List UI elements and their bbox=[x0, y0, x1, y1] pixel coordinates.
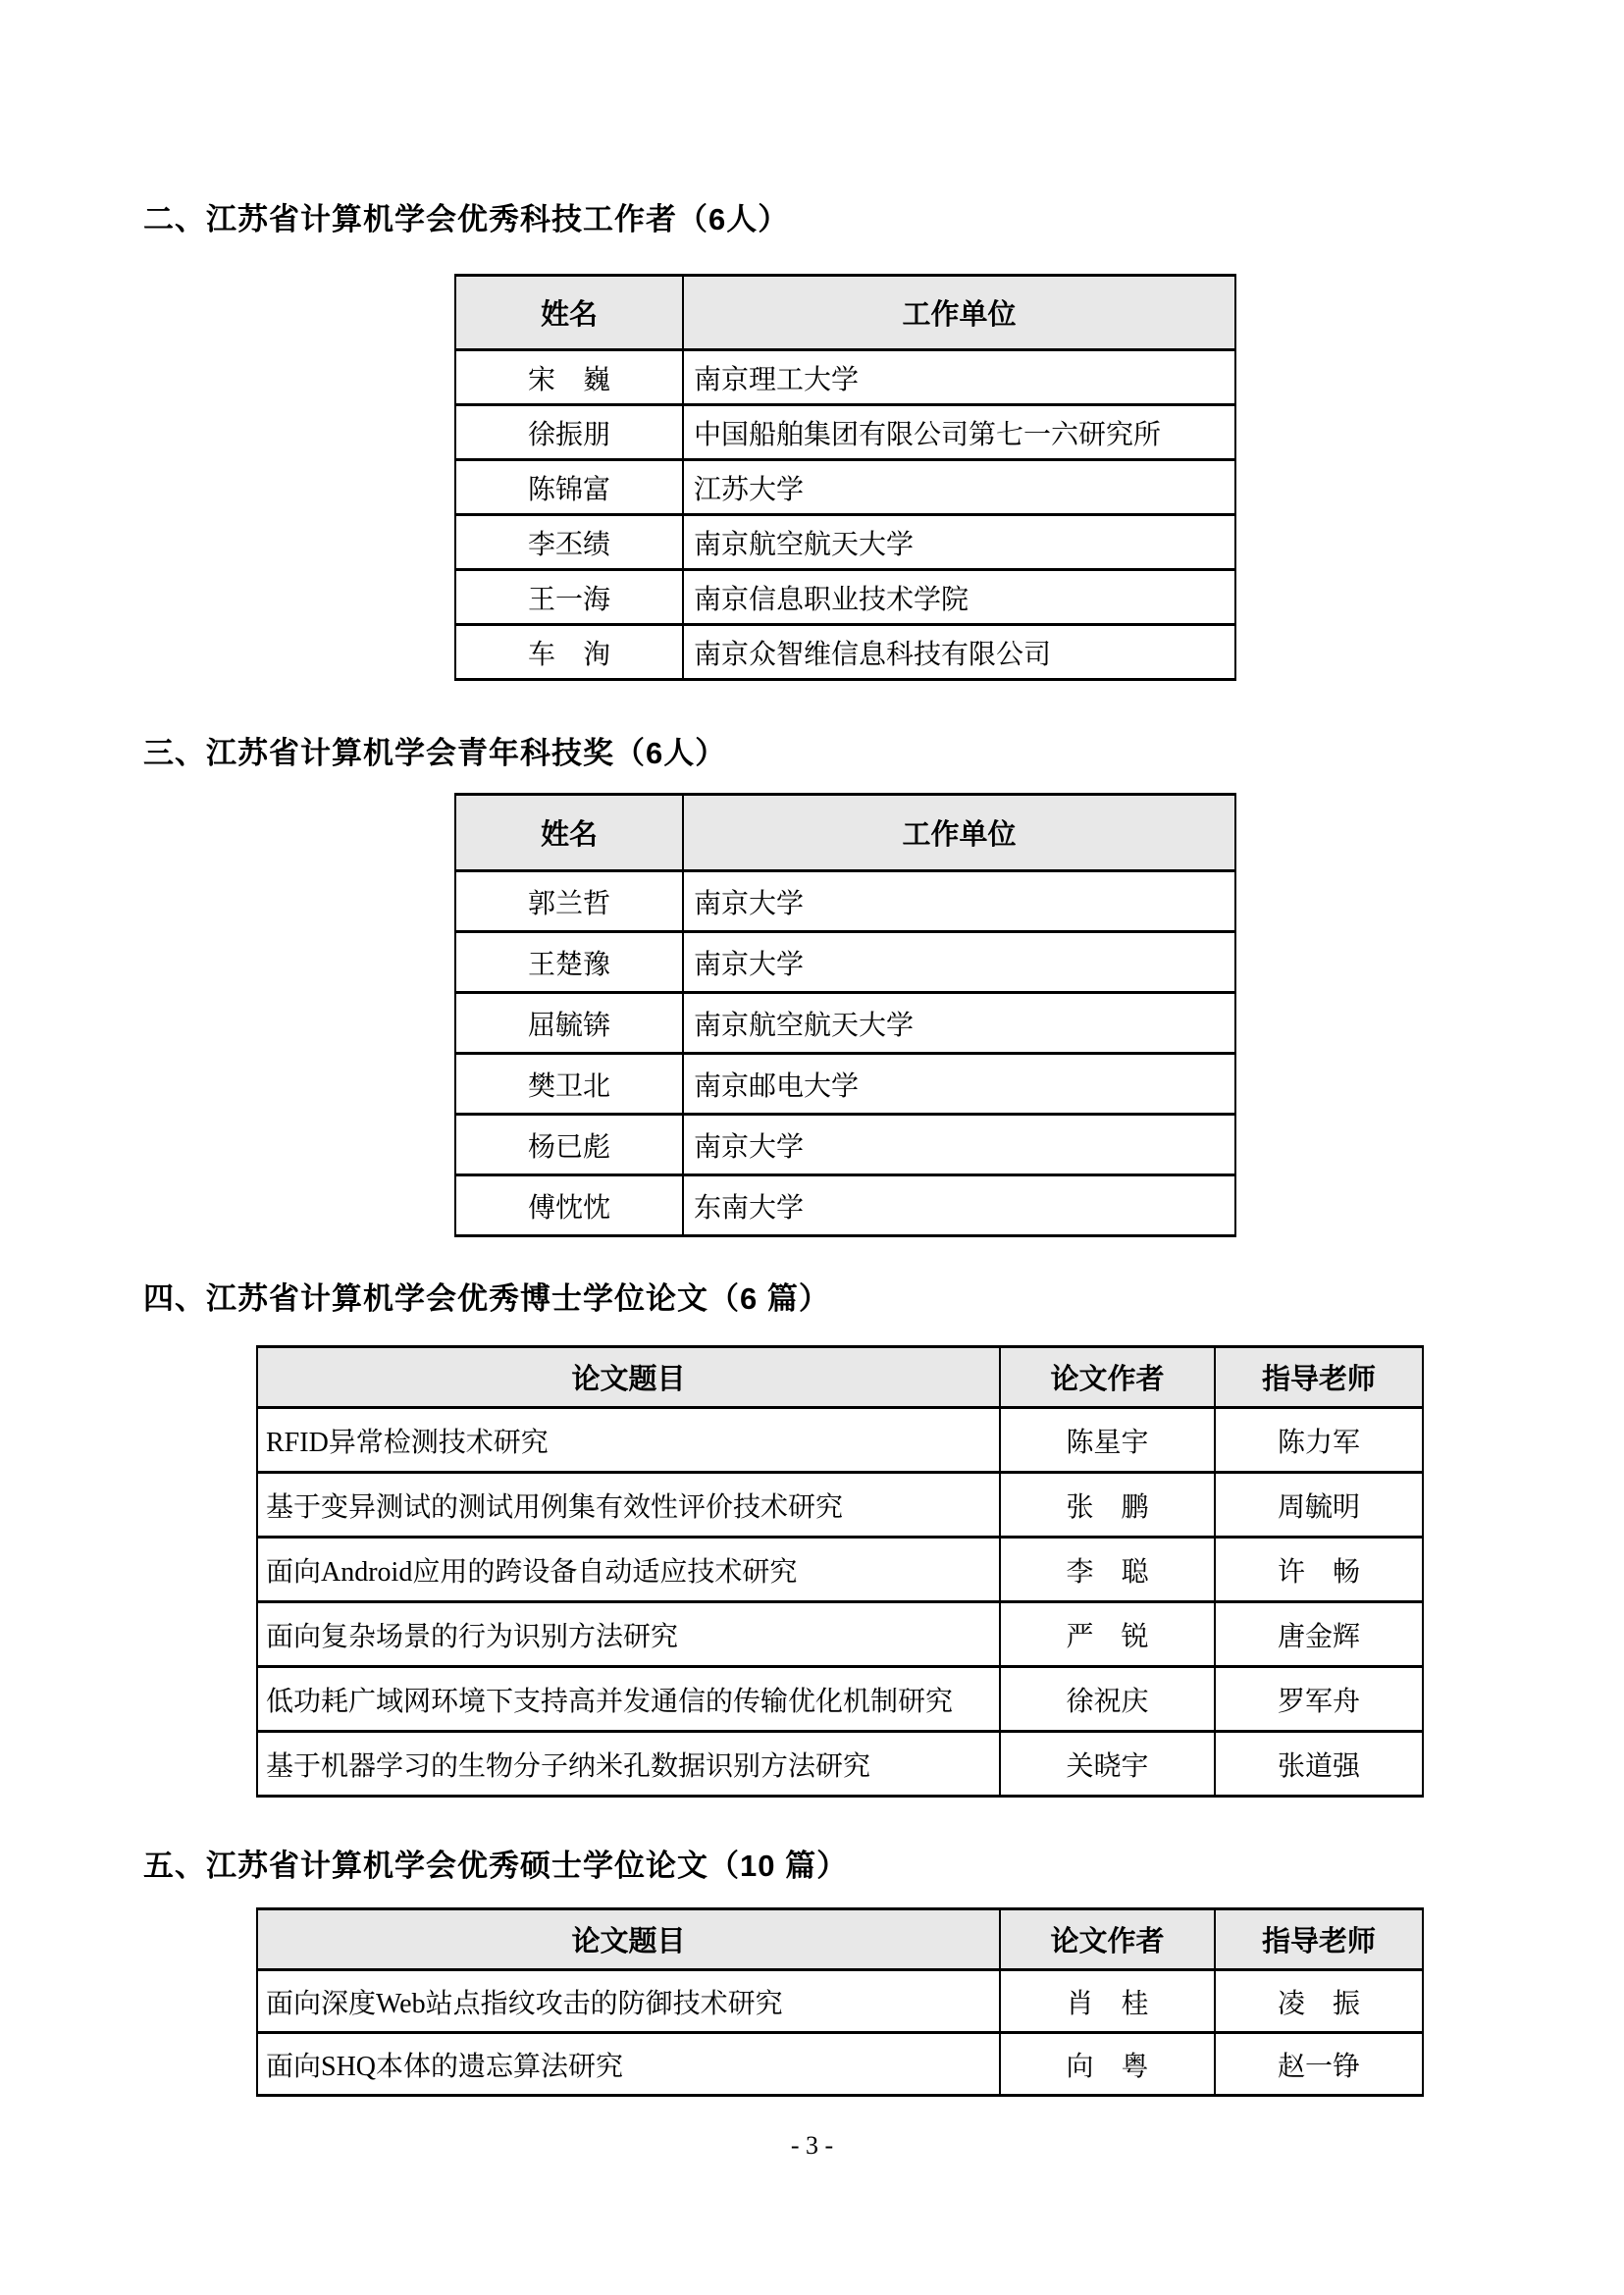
table-cell: 唐金辉 bbox=[1215, 1602, 1423, 1667]
table-row: 郭兰哲南京大学 bbox=[455, 871, 1235, 932]
table-cell: 李丕绩 bbox=[455, 515, 683, 570]
table-cell: 基于机器学习的生物分子纳米孔数据识别方法研究 bbox=[257, 1732, 1000, 1797]
table-cell: 面向复杂场景的行为识别方法研究 bbox=[257, 1602, 1000, 1667]
table-cell: 周毓明 bbox=[1215, 1473, 1423, 1538]
table-row: 面向SHQ本体的遗忘算法研究向 粤赵一铮 bbox=[257, 2033, 1423, 2096]
table-header-row: 论文题目 论文作者 指导老师 bbox=[257, 1909, 1423, 1970]
table-cell: 宋 巍 bbox=[455, 350, 683, 405]
column-header-thesis-author: 论文作者 bbox=[1000, 1909, 1215, 1970]
table-row: 傅忱忱东南大学 bbox=[455, 1175, 1235, 1236]
table-cell: 面向Android应用的跨设备自动适应技术研究 bbox=[257, 1538, 1000, 1602]
table-cell: 基于变异测试的测试用例集有效性评价技术研究 bbox=[257, 1473, 1000, 1538]
table-row: 面向复杂场景的行为识别方法研究严 锐唐金辉 bbox=[257, 1602, 1423, 1667]
table-cell: 赵一铮 bbox=[1215, 2033, 1423, 2096]
table-cell: 面向SHQ本体的遗忘算法研究 bbox=[257, 2033, 1000, 2096]
table-row: 王楚豫南京大学 bbox=[455, 932, 1235, 993]
table-cell: 屈毓锛 bbox=[455, 993, 683, 1054]
table-cell: 罗军舟 bbox=[1215, 1667, 1423, 1732]
table-cell: 徐振朋 bbox=[455, 405, 683, 460]
table-cell: 中国船舶集团有限公司第七一六研究所 bbox=[683, 405, 1235, 460]
msc-thesis-table: 论文题目 论文作者 指导老师 面向深度Web站点指纹攻击的防御技术研究肖 桂凌 … bbox=[256, 1907, 1424, 2097]
tech-workers-table: 姓名 工作单位 宋 巍南京理工大学徐振朋中国船舶集团有限公司第七一六研究所陈锦富… bbox=[454, 274, 1236, 681]
table-row: 徐振朋中国船舶集团有限公司第七一六研究所 bbox=[455, 405, 1235, 460]
column-header-thesis-author: 论文作者 bbox=[1000, 1347, 1215, 1408]
table-cell: 南京理工大学 bbox=[683, 350, 1235, 405]
table-row: 低功耗广域网环境下支持高并发通信的传输优化机制研究徐祝庆罗军舟 bbox=[257, 1667, 1423, 1732]
table-row: 基于变异测试的测试用例集有效性评价技术研究张 鹏周毓明 bbox=[257, 1473, 1423, 1538]
page-number: - 3 - bbox=[0, 2131, 1624, 2161]
table-row: 车 洵南京众智维信息科技有限公司 bbox=[455, 625, 1235, 680]
table-cell: 肖 桂 bbox=[1000, 1970, 1215, 2033]
table-cell: 严 锐 bbox=[1000, 1602, 1215, 1667]
table-cell: 傅忱忱 bbox=[455, 1175, 683, 1236]
column-header-advisor: 指导老师 bbox=[1215, 1909, 1423, 1970]
table-row: 宋 巍南京理工大学 bbox=[455, 350, 1235, 405]
table-cell: 樊卫北 bbox=[455, 1054, 683, 1115]
table-row: 基于机器学习的生物分子纳米孔数据识别方法研究关晓宇张道强 bbox=[257, 1732, 1423, 1797]
table-cell: 江苏大学 bbox=[683, 460, 1235, 515]
table-cell: 徐祝庆 bbox=[1000, 1667, 1215, 1732]
table-cell: 南京众智维信息科技有限公司 bbox=[683, 625, 1235, 680]
table-cell: RFID异常检测技术研究 bbox=[257, 1408, 1000, 1473]
column-header-name: 姓名 bbox=[455, 795, 683, 871]
table-cell: 东南大学 bbox=[683, 1175, 1235, 1236]
table-cell: 陈星宇 bbox=[1000, 1408, 1215, 1473]
table-row: 屈毓锛南京航空航天大学 bbox=[455, 993, 1235, 1054]
youth-award-table: 姓名 工作单位 郭兰哲南京大学王楚豫南京大学屈毓锛南京航空航天大学樊卫北南京邮电… bbox=[454, 793, 1236, 1237]
table-header-row: 姓名 工作单位 bbox=[455, 795, 1235, 871]
table-cell: 面向深度Web站点指纹攻击的防御技术研究 bbox=[257, 1970, 1000, 2033]
table-cell: 许 畅 bbox=[1215, 1538, 1423, 1602]
table-cell: 凌 振 bbox=[1215, 1970, 1423, 2033]
table-row: 杨已彪南京大学 bbox=[455, 1115, 1235, 1175]
document-page: 二、江苏省计算机学会优秀科技工作者（6人） 姓名 工作单位 宋 巍南京理工大学徐… bbox=[0, 0, 1624, 2295]
table-cell: 杨已彪 bbox=[455, 1115, 683, 1175]
section-heading-youth-award: 三、江苏省计算机学会青年科技奖（6人） bbox=[143, 728, 726, 772]
section-heading-msc-thesis: 五、江苏省计算机学会优秀硕士学位论文（10 篇） bbox=[143, 1841, 848, 1885]
table-cell: 南京航空航天大学 bbox=[683, 515, 1235, 570]
table-row: 陈锦富江苏大学 bbox=[455, 460, 1235, 515]
column-header-name: 姓名 bbox=[455, 276, 683, 350]
table-cell: 南京信息职业技术学院 bbox=[683, 570, 1235, 625]
column-header-thesis-title: 论文题目 bbox=[257, 1347, 1000, 1408]
table-row: 王一海南京信息职业技术学院 bbox=[455, 570, 1235, 625]
table-cell: 张道强 bbox=[1215, 1732, 1423, 1797]
section-heading-tech-workers: 二、江苏省计算机学会优秀科技工作者（6人） bbox=[143, 194, 789, 238]
column-header-workunit: 工作单位 bbox=[683, 276, 1235, 350]
table-cell: 王一海 bbox=[455, 570, 683, 625]
table-header-row: 论文题目 论文作者 指导老师 bbox=[257, 1347, 1423, 1408]
table-cell: 关晓宇 bbox=[1000, 1732, 1215, 1797]
table-row: 李丕绩南京航空航天大学 bbox=[455, 515, 1235, 570]
table-cell: 南京大学 bbox=[683, 871, 1235, 932]
table-cell: 车 洵 bbox=[455, 625, 683, 680]
column-header-advisor: 指导老师 bbox=[1215, 1347, 1423, 1408]
table-cell: 低功耗广域网环境下支持高并发通信的传输优化机制研究 bbox=[257, 1667, 1000, 1732]
table-cell: 李 聪 bbox=[1000, 1538, 1215, 1602]
table-row: 面向Android应用的跨设备自动适应技术研究李 聪许 畅 bbox=[257, 1538, 1423, 1602]
table-cell: 王楚豫 bbox=[455, 932, 683, 993]
table-cell: 陈锦富 bbox=[455, 460, 683, 515]
table-cell: 南京航空航天大学 bbox=[683, 993, 1235, 1054]
table-cell: 南京大学 bbox=[683, 1115, 1235, 1175]
table-cell: 南京大学 bbox=[683, 932, 1235, 993]
table-cell: 郭兰哲 bbox=[455, 871, 683, 932]
table-row: RFID异常检测技术研究陈星宇陈力军 bbox=[257, 1408, 1423, 1473]
table-header-row: 姓名 工作单位 bbox=[455, 276, 1235, 350]
phd-thesis-table: 论文题目 论文作者 指导老师 RFID异常检测技术研究陈星宇陈力军基于变异测试的… bbox=[256, 1345, 1424, 1798]
section-heading-phd-thesis: 四、江苏省计算机学会优秀博士学位论文（6 篇） bbox=[143, 1274, 830, 1318]
table-row: 面向深度Web站点指纹攻击的防御技术研究肖 桂凌 振 bbox=[257, 1970, 1423, 2033]
table-cell: 南京邮电大学 bbox=[683, 1054, 1235, 1115]
table-row: 樊卫北南京邮电大学 bbox=[455, 1054, 1235, 1115]
table-cell: 张 鹏 bbox=[1000, 1473, 1215, 1538]
column-header-thesis-title: 论文题目 bbox=[257, 1909, 1000, 1970]
table-cell: 向 粤 bbox=[1000, 2033, 1215, 2096]
table-cell: 陈力军 bbox=[1215, 1408, 1423, 1473]
column-header-workunit: 工作单位 bbox=[683, 795, 1235, 871]
